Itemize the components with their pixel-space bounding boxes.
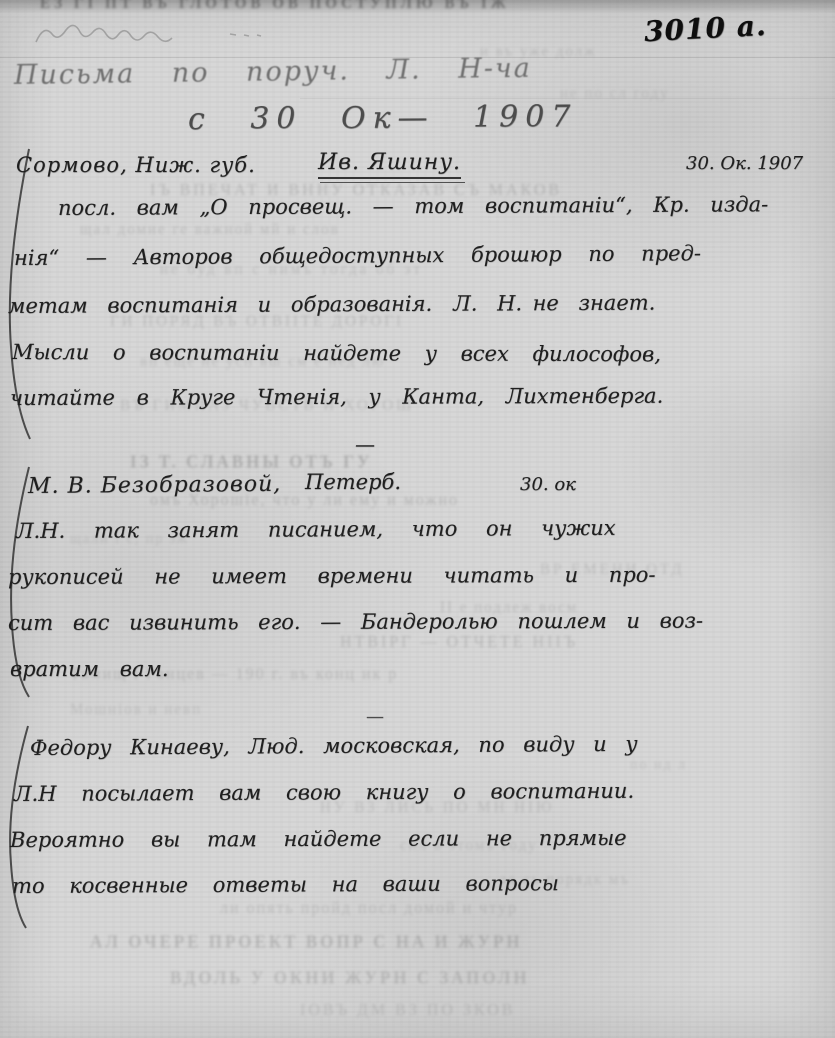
entry1-date: 30. Ок. 1907 [686, 153, 803, 174]
entry2-line: вратим вам. [10, 657, 169, 681]
section-separator: — [355, 432, 375, 456]
entry2-line: рукописей не имеет времени читать и про- [8, 563, 656, 589]
faint-scribble [30, 16, 280, 50]
bleedthrough-text: ВДОЛЬ У ОКНИ ЖУРН С ЗАПОЛН [170, 968, 530, 989]
entry2-place: Петерб. [305, 470, 401, 494]
entry2-addressee: М. В. Безобразовой, [28, 472, 281, 499]
section-separator: — [366, 706, 384, 727]
page-date: с 30 Ок— 1907 [188, 99, 578, 137]
bleedthrough-text: АЛ ОЧЕРЕ ПРОЕКТ ВОПР С НА И ЖУРН [90, 932, 523, 953]
entry1-line: посл. вам „О просвещ. — том воспитаніи“,… [58, 192, 768, 220]
entry2-date: 30. ок [520, 474, 576, 495]
entry3-line: Л.Н посылает вам свою книгу о воспитании… [14, 779, 634, 806]
entry2-line: сит вас извинить его. — Бандеролью пошле… [8, 609, 703, 635]
entry3-line: Вероятно вы там найдете если не прямые [10, 826, 627, 852]
entry2-line: Л.Н. так занят писанием, что он чужих [16, 516, 616, 543]
entry1-line: читайте в Круге Чтенія, у Канта, Лихтенб… [10, 384, 663, 410]
bleedthrough-text: НТВІРГ — ОТЧЕТЕ НІІЪ [340, 634, 578, 653]
archive-number: 3010 a. [643, 9, 767, 48]
page-title: Письма по поруч. Л. Н-ча [14, 53, 532, 91]
bleedthrough-text: ли опять пройд посл домой и чтур [220, 900, 518, 919]
entry1-addressee: Ив. Яшину. [318, 150, 461, 179]
manuscript-page: ЕЗ ГІ ПТ ВЪ ГЛОТОВ ОВ ПОСТУПЛЮ ВЪ ІЖи въ… [0, 0, 835, 1038]
entry1-place: Сормово, Ниж. губ. [16, 153, 256, 177]
entry3-line: то косвенные ответы на ваши вопросы [12, 871, 559, 898]
entry1-line: нія“ — Авторов общедоступных брошюр по п… [14, 241, 701, 270]
bleedthrough-text: ІОВЪ ДМ ВЗ ПО ЗКОВ [300, 1002, 515, 1021]
entry1-line: метам воспитанія и образованія. Л. Н. не… [8, 291, 655, 318]
bleedthrough-text: Мошніов и невп [70, 702, 202, 720]
bleedthrough-text: щал домие ге важной мй и слов [80, 222, 340, 240]
entry1-line: Мысли о воспитаніи найдете у всех филосо… [12, 340, 661, 366]
entry3-addressee: Федору Кинаеву, Люд. московская, по виду… [30, 732, 638, 760]
bleedthrough-text: по нд л [630, 758, 687, 775]
